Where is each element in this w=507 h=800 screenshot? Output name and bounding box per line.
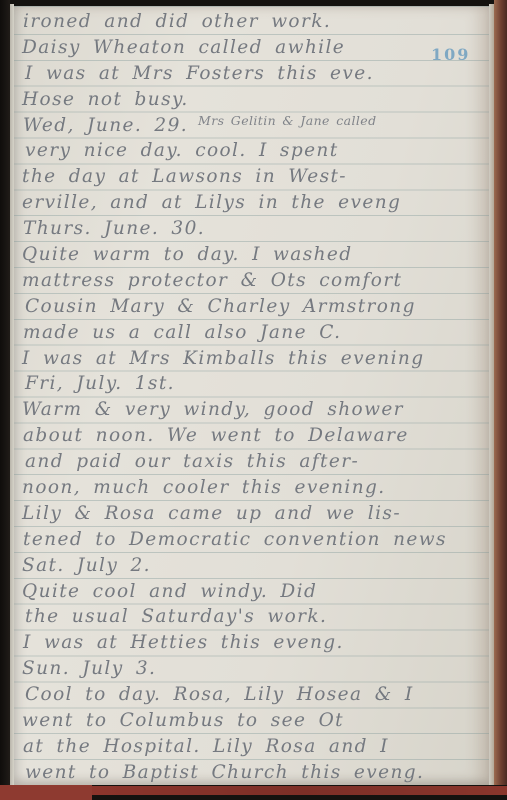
diary-line: at the Hospital. Lily Rosa and I — [22, 734, 485, 760]
diary-line: Quite warm to day. I washed — [22, 242, 485, 268]
diary-line: about noon. We went to Delaware — [22, 423, 485, 449]
diary-line: made us a call also Jane C. — [22, 320, 485, 346]
diary-line: the usual Saturday's work. — [22, 604, 485, 630]
diary-line: Hose not busy. — [22, 87, 485, 113]
book-cover-bottom-left — [0, 785, 92, 800]
diary-date-line: Wed, June. 29.Mrs Gelitin & Jane called — [22, 113, 485, 139]
diary-line: I was at Hetties this eveng. — [22, 630, 485, 656]
diary-line: Quite cool and windy. Did — [22, 579, 485, 605]
diary-line: went to Baptist Church this eveng. — [22, 760, 485, 786]
diary-line: Cool to day. Rosa, Lily Hosea & I — [22, 682, 485, 708]
diary-line: I was at Mrs Kimballs this evening — [22, 346, 485, 372]
interlinear-note: Mrs Gelitin & Jane called — [198, 113, 376, 128]
diary-date-line: Sun. July 3. — [22, 656, 485, 682]
diary-date-line: Thurs. June. 30. — [22, 216, 485, 242]
diary-line: tened to Democratic convention news — [22, 527, 485, 553]
diary-date-line: Sat. July 2. — [22, 553, 485, 579]
diary-line: went to Columbus to see Ot — [22, 708, 485, 734]
handwritten-text: ironed and did other work. Daisy Wheaton… — [14, 6, 489, 785]
diary-date: Wed, June. 29. — [23, 115, 188, 136]
diary-line: and paid our taxis this after- — [22, 449, 485, 475]
diary-line: noon, much cooler this evening. — [22, 475, 485, 501]
notebook-paper: ironed and did other work. Daisy Wheaton… — [14, 6, 489, 785]
diary-line: ironed and did other work. — [22, 9, 485, 35]
diary-line: Lily & Rosa came up and we lis- — [22, 501, 485, 527]
diary-line: mattress protector & Ots comfort — [22, 268, 485, 294]
book-cover-right — [494, 0, 507, 800]
diary-line: Warm & very windy, good shower — [22, 397, 485, 423]
left-border — [0, 0, 10, 800]
diary-line: I was at Mrs Fosters this eve. — [22, 61, 485, 87]
page-number-stamp: 109 — [431, 45, 470, 64]
diary-line: erville, and at Lilys in the eveng — [22, 190, 485, 216]
diary-line: the day at Lawsons in West- — [22, 164, 485, 190]
diary-line: very nice day. cool. I spent — [22, 138, 485, 164]
diary-date-line: Fri, July. 1st. — [22, 371, 485, 397]
diary-line: Daisy Wheaton called awhile — [22, 35, 485, 61]
diary-page-scan: ironed and did other work. Daisy Wheaton… — [0, 0, 507, 800]
diary-line: Cousin Mary & Charley Armstrong — [22, 294, 485, 320]
